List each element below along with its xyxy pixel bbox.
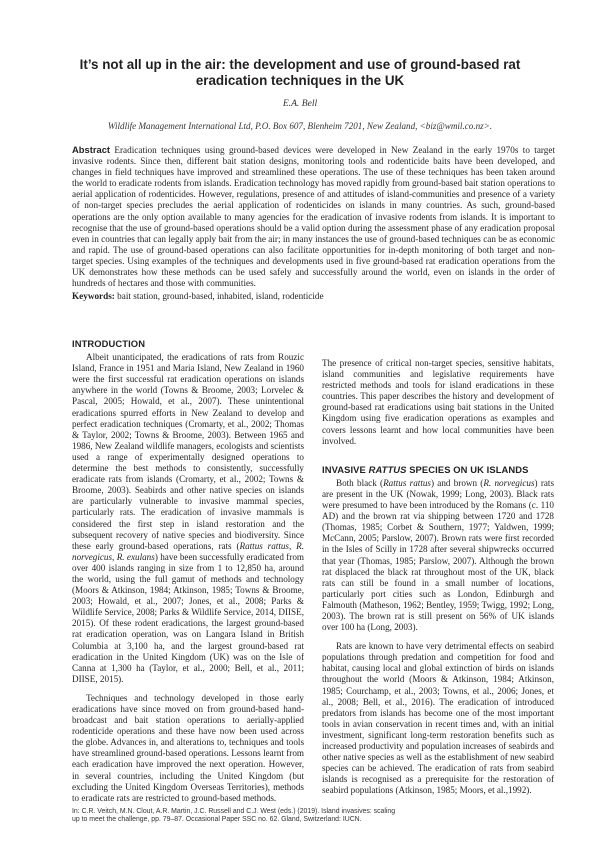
section-heading-invasive-rattus: INVASIVE RATTUS SPECIES ON UK ISLANDS xyxy=(322,464,554,475)
heading-run: SPECIES ON UK ISLANDS xyxy=(407,464,529,475)
text-run: ) and brown ( xyxy=(431,478,483,488)
abstract-text: Eradication techniques using ground-base… xyxy=(72,145,555,288)
abstract-label: Abstract xyxy=(72,144,110,155)
paper-title: It’s not all up in the air: the developm… xyxy=(60,57,540,89)
footer-line-1: In: C.R. Veitch, M.N. Clout, A.R. Martin… xyxy=(72,808,492,816)
intro-paragraph-2: Techniques and technology developed in t… xyxy=(72,693,304,804)
author-affiliation: Wildlife Management International Ltd, P… xyxy=(0,121,600,131)
text-run: Both black ( xyxy=(336,478,383,488)
species-name: Rattus rattus xyxy=(383,478,431,488)
abstract: Abstract Eradication techniques using gr… xyxy=(72,144,555,289)
keywords-label: Keywords: xyxy=(72,291,115,301)
footer-line-2: up to meet the challenge, pp. 79–87. Occ… xyxy=(72,816,492,824)
left-column: INTRODUCTION Albeit unanticipated, the e… xyxy=(72,338,304,804)
right-column: The presence of critical non-target spec… xyxy=(322,358,554,796)
section-heading-introduction: INTRODUCTION xyxy=(72,338,304,349)
text-run: ) have been successfully eradicated from… xyxy=(72,552,304,684)
heading-run: INVASIVE xyxy=(322,464,369,475)
text-run: Albeit unanticipated, the eradications o… xyxy=(72,352,304,551)
invasive-paragraph-1: Both black (Rattus rattus) and brown (R.… xyxy=(322,478,554,633)
invasive-paragraph-2: Rats are known to have very detrimental … xyxy=(322,641,554,796)
intro-paragraph-1: Albeit unanticipated, the eradications o… xyxy=(72,352,304,685)
paper-page: It’s not all up in the air: the developm… xyxy=(0,0,600,849)
keywords: Keywords: bait station, ground-based, in… xyxy=(72,291,555,302)
citation-footer: In: C.R. Veitch, M.N. Clout, A.R. Martin… xyxy=(72,808,492,825)
keywords-text: bait station, ground-based, inhabited, i… xyxy=(117,291,323,301)
intro-paragraph-3: The presence of critical non-target spec… xyxy=(322,358,554,447)
heading-italic-run: RATTUS xyxy=(369,464,407,475)
paper-author: E.A. Bell xyxy=(0,98,600,109)
species-name: R. norvegicus xyxy=(483,478,534,488)
text-run: ) rats are present in the UK (Nowak, 199… xyxy=(322,478,554,632)
